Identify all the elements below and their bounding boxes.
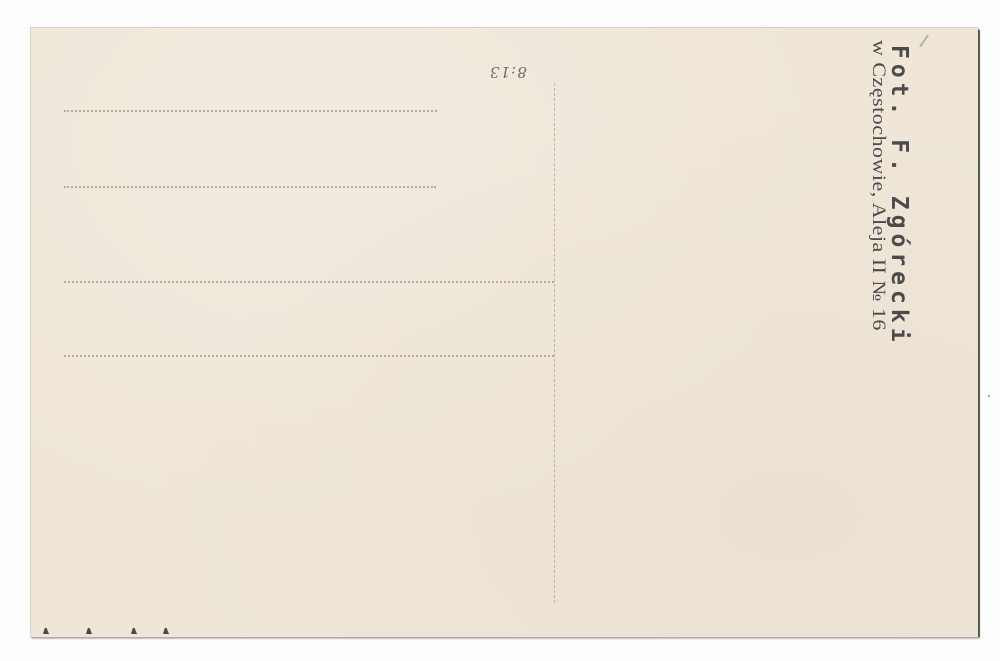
pencil-inscription: 8:13 <box>489 63 527 81</box>
edge-mark <box>163 628 169 634</box>
scan-background: 8:13 Fot. F. Zgórecki w Częstochowie, Al… <box>0 0 1000 661</box>
address-line-2 <box>64 186 436 188</box>
stamp-photographer-address: w Częstochowie, Aleja II № 16 <box>868 40 890 331</box>
address-line-3 <box>64 281 554 283</box>
bottom-edge-marks <box>28 628 198 638</box>
edge-mark <box>131 628 137 634</box>
postcard-back: 8:13 <box>30 27 978 637</box>
edge-mark <box>43 628 49 634</box>
dust-speck <box>988 395 990 397</box>
center-divider-line <box>554 83 555 603</box>
photographer-stamp: Fot. F. Zgórecki w Częstochowie, Aleja I… <box>850 40 930 400</box>
address-line-1 <box>64 110 437 112</box>
address-line-4 <box>64 355 554 357</box>
edge-mark <box>86 628 92 634</box>
